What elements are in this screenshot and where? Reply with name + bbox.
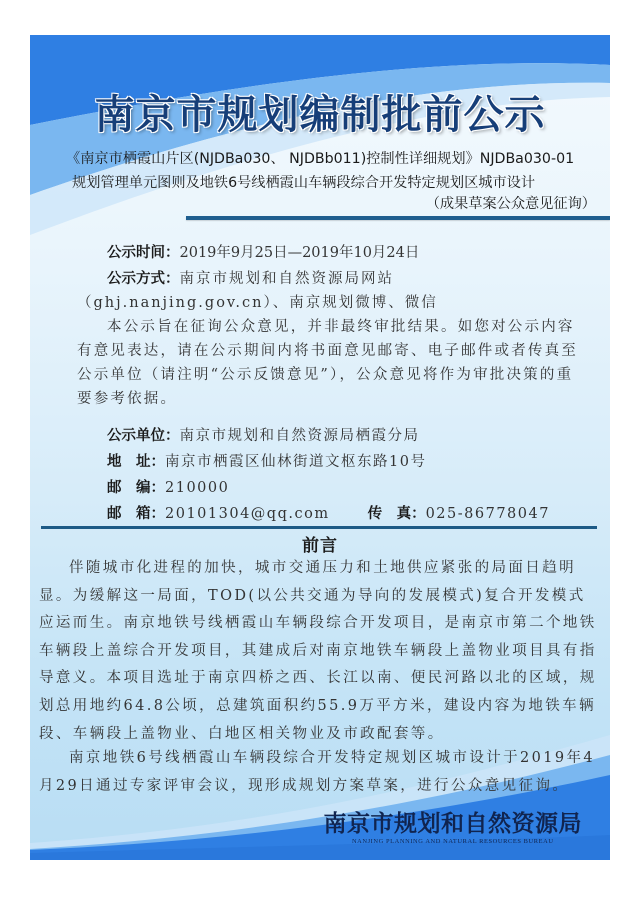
organization-name-cn: 南京市规划和自然资源局 xyxy=(324,810,583,838)
contact-unit-value: 南京市规划和自然资源局栖霞分局 xyxy=(180,428,420,444)
notice-poster: 南京市规划编制批前公示 《南京市栖霞山片区(NJDBa030、 NJDBb011… xyxy=(30,35,610,860)
plan-subtitle-line-3: （成果草案公众意见征询） xyxy=(426,193,596,213)
contact-postcode-value: 210000 xyxy=(165,480,229,496)
notice-period-value: 2019年9月25日—2019年10月24日 xyxy=(180,245,420,261)
contact-email-value: 20101304@qq.com xyxy=(165,506,330,522)
notice-period: 公示时间：2019年9月25日—2019年10月24日 xyxy=(107,241,419,265)
plan-subtitle-line-2: 规划管理单元图则及地铁6号线栖霞山车辆段综合开发特定规划区城市设计 xyxy=(72,172,535,192)
contact-fax-label: 传 真： xyxy=(368,505,426,522)
contact-address: 地 址：南京市栖霞区仙林街道文枢东路10号 xyxy=(107,450,426,474)
notice-purpose-paragraph: 本公示旨在征询公众意见，并非最终审批结果。如您对公示内容有意见表达，请在公示期间… xyxy=(77,315,587,411)
plan-subtitle-line-1: 《南京市栖霞山片区(NJDBa030、 NJDBb011)控制性详细规划》NJD… xyxy=(66,148,574,168)
notice-method: 公示方式：南京市规划和自然资源局网站（ghj.nanjing.gov.cn）、南… xyxy=(77,267,587,315)
contact-unit: 公示单位：南京市规划和自然资源局栖霞分局 xyxy=(107,424,420,448)
contact-email-fax: 邮 箱：20101304@qq.com传 真：025-86778047 xyxy=(107,502,550,526)
issuing-organization: 南京市规划和自然资源局 NANJING PLANNING AND NATURAL… xyxy=(324,810,583,846)
contact-postcode-label: 邮 编： xyxy=(107,479,165,496)
contact-fax-value: 025-86778047 xyxy=(426,506,550,522)
preface-title: 前言 xyxy=(30,531,610,556)
notice-period-label: 公示时间： xyxy=(107,244,180,261)
organization-name-en: NANJING PLANNING AND NATURAL RESOURCES B… xyxy=(324,838,583,846)
section-divider xyxy=(41,526,597,529)
contact-address-value: 南京市栖霞区仙林街道文枢东路10号 xyxy=(165,454,426,470)
header-divider xyxy=(186,216,610,220)
contact-address-label: 地 址： xyxy=(107,453,165,470)
preface-paragraph-1: 伴随城市化进程的加快，城市交通压力和土地供应紧张的局面日趋明显。为缓解这一局面，… xyxy=(39,555,599,748)
contact-postcode: 邮 编：210000 xyxy=(107,476,229,500)
notice-method-label: 公示方式： xyxy=(107,270,180,287)
preface-paragraph-2: 南京地铁6号线栖霞山车辆段综合开发特定规划区城市设计于2019年4月29日通过专… xyxy=(39,745,599,800)
page-title: 南京市规划编制批前公示 xyxy=(30,83,610,140)
contact-unit-label: 公示单位： xyxy=(107,427,180,444)
contact-email-label: 邮 箱： xyxy=(107,505,165,522)
